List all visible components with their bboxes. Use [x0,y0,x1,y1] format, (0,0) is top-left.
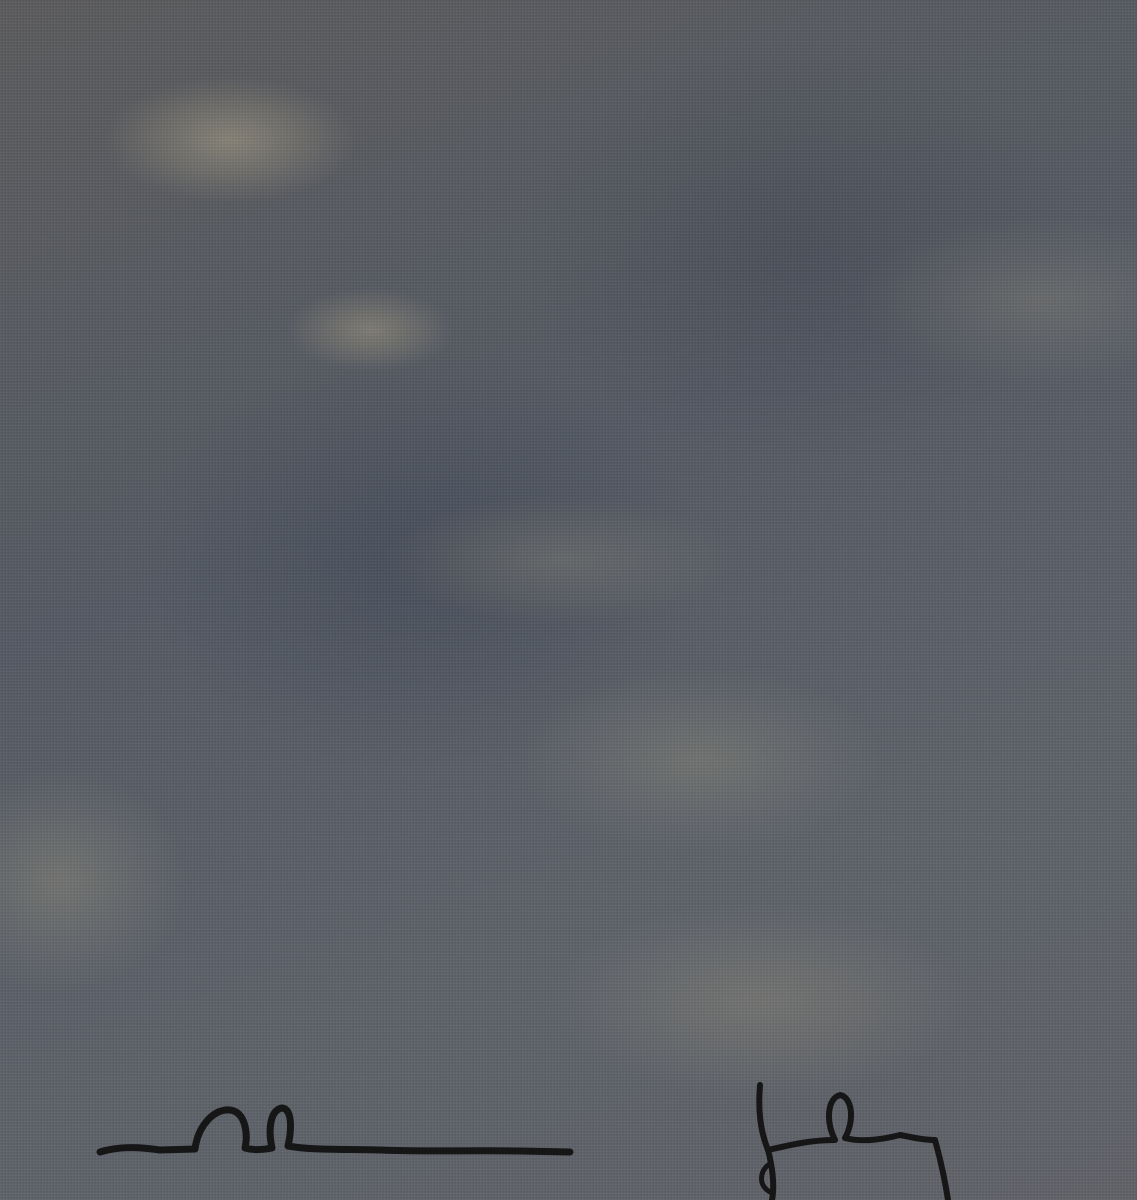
signature-right-initials [759,1085,773,1200]
canvas-weave-texture [0,0,1137,1200]
artist-signature [0,0,1137,1200]
painted-canvas: Close-up of a painted canvas with soft g… [0,0,1137,1200]
signature-left-flourish [100,1108,570,1152]
image-subject: Close-up of a painted canvas with soft g… [0,0,1,1]
